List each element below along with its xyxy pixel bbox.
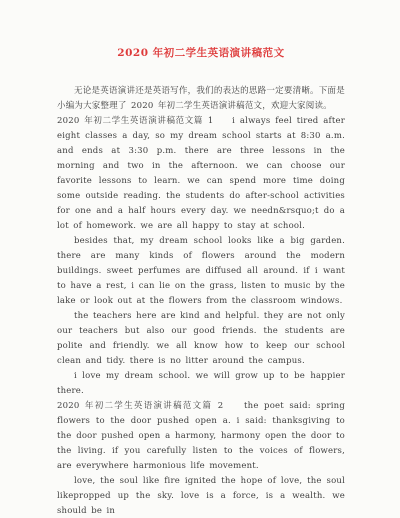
document-title: 2020 年初二学生英语演讲稿范文 <box>57 46 345 61</box>
paragraph-speech-2-love: love, the soul like fire ignited the hop… <box>57 474 345 518</box>
paragraph-speech-2: 2020 年初二学生英语演讲稿范文篇 2 the poet said: spri… <box>57 399 345 474</box>
paragraph-speech-1: 2020 年初二学生英语演讲稿范文篇 1 i always feel tired… <box>57 114 345 234</box>
paragraph-speech-1-teachers: the teachers here are kind and helpful. … <box>57 309 345 369</box>
paragraph-speech-1-besides: besides that, my dream school looks like… <box>57 234 345 309</box>
paragraph-speech-1-closing: i love my dream school. we will grow up … <box>57 369 345 399</box>
paragraph-intro: 无论是英语演讲还是英语写作，我们的表达的思路一定要清晰。下面是小编为大家整理了 … <box>57 84 345 114</box>
document-page: 2020 年初二学生英语演讲稿范文 无论是英语演讲还是英语写作，我们的表达的思路… <box>0 0 400 518</box>
